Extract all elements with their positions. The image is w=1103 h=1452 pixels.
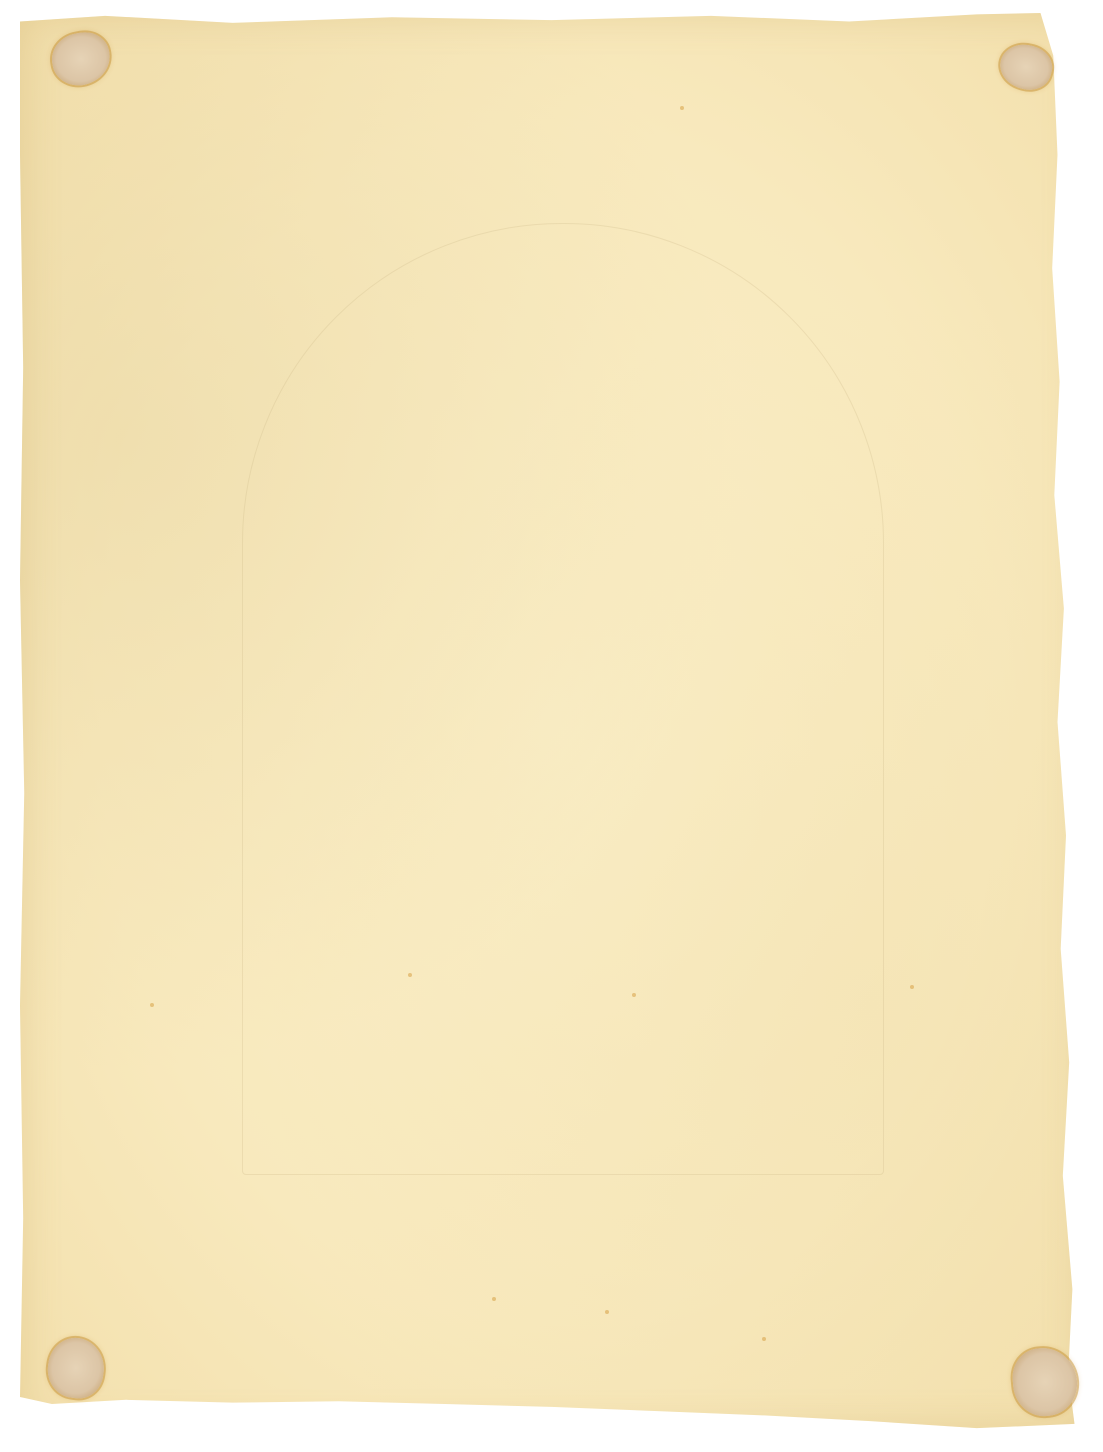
foxing-speck [605,1310,609,1314]
foxing-speck [150,1003,154,1007]
foxing-speck [408,973,412,977]
foxing-speck [632,993,636,997]
foxing-speck [680,106,684,110]
bleed-through-text [320,1185,800,1225]
foxing-speck [910,985,914,989]
paper-sheet [20,13,1083,1431]
foxing-speck [492,1297,496,1301]
foxing-speck [762,1337,766,1341]
plate-mark-impression [242,223,884,1175]
